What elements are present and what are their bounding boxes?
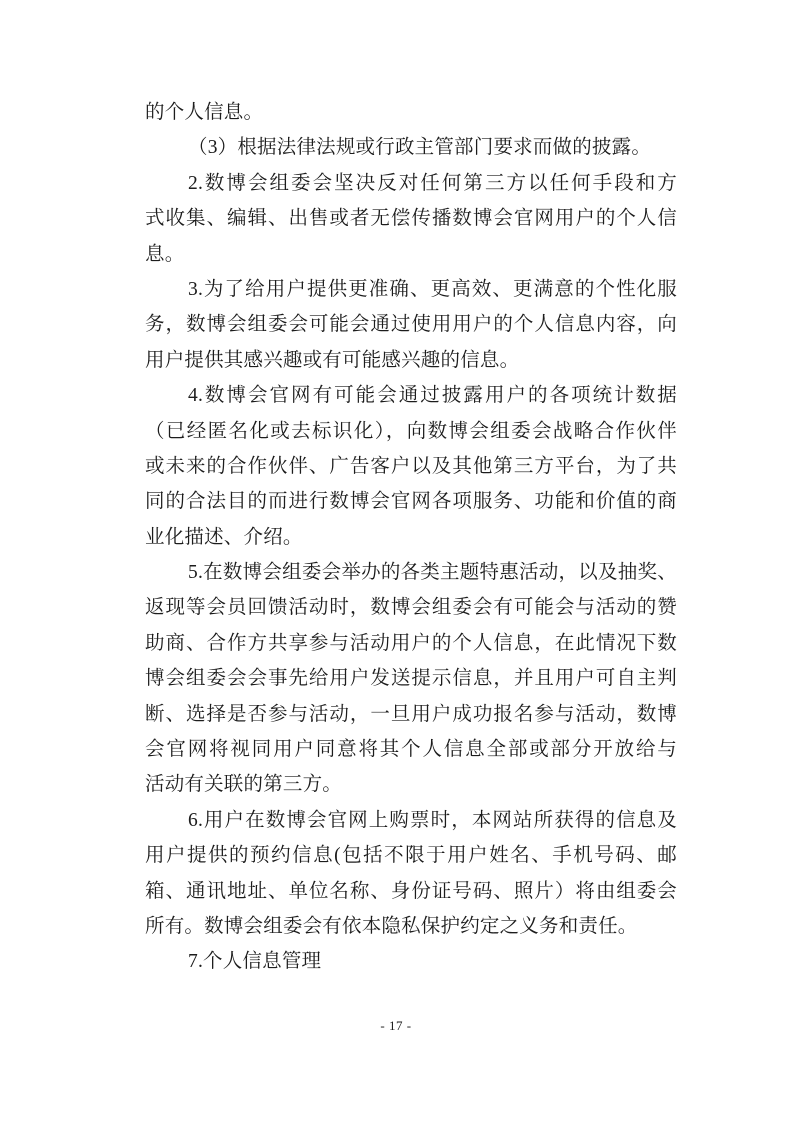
text-line: 用户提供的预约信息(包括不限于用户姓名、手机号码、邮: [145, 838, 677, 873]
text-line: （已经匿名化或去标识化），向数博会组委会战略合作伙伴: [145, 414, 677, 449]
text-line: 活动有关联的第三方。: [145, 767, 677, 802]
text-line: 的个人信息。: [145, 95, 677, 130]
text-line: 5.在数博会组委会举办的各类主题特惠活动，以及抽奖、: [145, 555, 677, 590]
text-line: 式收集、编辑、出售或者无偿传播数博会官网用户的个人信: [145, 201, 677, 236]
text-line: 会官网将视同用户同意将其个人信息全部或部分开放给与: [145, 732, 677, 767]
text-line: 务，数博会组委会可能会通过使用用户的个人信息内容，向: [145, 307, 677, 342]
text-line: 业化描述、介绍。: [145, 520, 677, 555]
text-line: 箱、通讯地址、单位名称、身份证号码、照片）将由组委会: [145, 874, 677, 909]
text-line: 用户提供其感兴趣或有可能感兴趣的信息。: [145, 343, 677, 378]
text-line: 断、选择是否参与活动，一旦用户成功报名参与活动，数博: [145, 697, 677, 732]
text-line: 所有。数博会组委会有依本隐私保护约定之义务和责任。: [145, 909, 677, 944]
text-line: 同的合法目的而进行数博会官网各项服务、功能和价值的商: [145, 484, 677, 519]
text-line: 或未来的合作伙伴、广告客户以及其他第三方平台，为了共: [145, 449, 677, 484]
text-line: 4.数博会官网有可能会通过披露用户的各项统计数据: [145, 378, 677, 413]
document-body: 的个人信息。（3）根据法律法规或行政主管部门要求而做的披露。2.数博会组委会坚决…: [145, 95, 677, 980]
text-line: 3.为了给用户提供更准确、更高效、更满意的个性化服: [145, 272, 677, 307]
document-page: 的个人信息。（3）根据法律法规或行政主管部门要求而做的披露。2.数博会组委会坚决…: [0, 0, 792, 1121]
text-line: 2.数博会组委会坚决反对任何第三方以任何手段和方: [145, 166, 677, 201]
text-line: （3）根据法律法规或行政主管部门要求而做的披露。: [145, 130, 677, 165]
text-line: 助商、合作方共享参与活动用户的个人信息，在此情况下数: [145, 626, 677, 661]
text-line: 博会组委会会事先给用户发送提示信息，并且用户可自主判: [145, 661, 677, 696]
text-line: 7.个人信息管理: [145, 944, 677, 979]
text-line: 返现等会员回馈活动时，数博会组委会有可能会与活动的赞: [145, 590, 677, 625]
page-number: - 17 -: [0, 1018, 792, 1034]
text-line: 6.用户在数博会官网上购票时，本网站所获得的信息及: [145, 803, 677, 838]
text-line: 息。: [145, 237, 677, 272]
